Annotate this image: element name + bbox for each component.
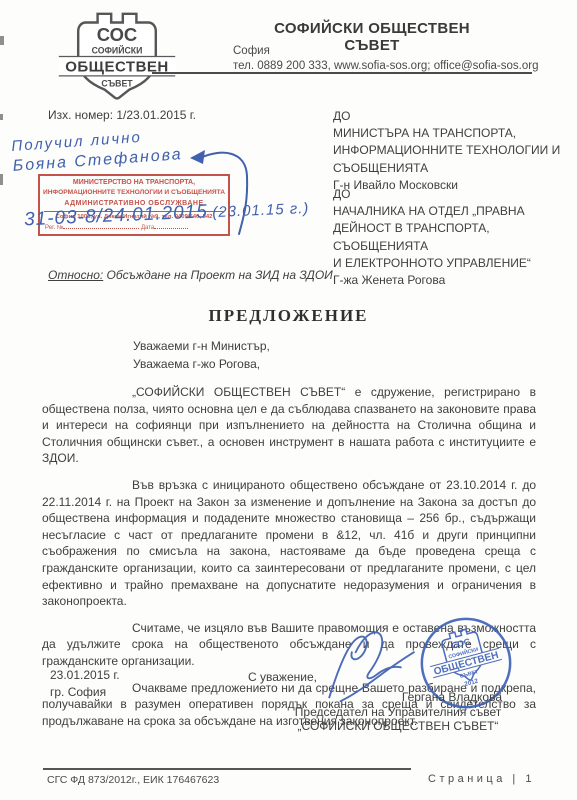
stamp-line: ИНФОРМАЦИОННИТЕ ТЕХНОЛОГИИ И СЪОБЩЕНИЯТА	[42, 189, 226, 196]
logo-top-text: СОФИЙСКИ	[92, 45, 143, 56]
org-city: София	[233, 44, 538, 59]
header-divider	[152, 72, 532, 74]
salutation-line: Уважаема г-жо Рогова,	[133, 356, 536, 374]
recipient-to: ДО	[333, 186, 577, 203]
signer-title: Председател на Управителния съвет	[288, 705, 508, 720]
document-page: СОС СОФИЙСКИ ОБЩЕСТВЕН СЪВЕТ СОФИЙСКИ ОБ…	[0, 0, 577, 800]
recipient-department-head: ДО НАЧАЛНИКА НА ОТДЕЛ „ПРАВНА ДЕЙНОСТ В …	[333, 186, 577, 289]
reg-date-value: (23.01.15 г.)	[212, 200, 310, 221]
recipient-person: Г-жа Женета Рогова	[333, 272, 577, 289]
signer-name: Гергана Владкова	[288, 690, 508, 705]
logo-bottom-text: СЪВЕТ	[101, 79, 133, 89]
round-stamp-year: 2012	[464, 678, 480, 688]
signer-block: Гергана Владкова Председател на Управите…	[288, 690, 508, 734]
closing-date-place: 23.01.2015 г. гр. София	[50, 667, 120, 701]
paragraph: „СОФИЙСКИ ОБЩЕСТВЕН СЪВЕТ“ е сдружение, …	[42, 384, 536, 467]
recipient-line: СЪОБЩЕНИЯТА	[333, 160, 560, 177]
scan-artifact	[0, 174, 3, 185]
footer-page-number: Страница | 1	[428, 773, 535, 785]
logo-monogram: СОС	[97, 24, 137, 45]
recipient-line: МИНИСТЪРА НА ТРАНСПОРТА,	[333, 125, 560, 142]
subject-text: Обсъждане на Проект на ЗИД на ЗДОИ	[103, 268, 333, 282]
paragraph: Във връзка с иницираното обществено обсъ…	[42, 477, 536, 610]
recipient-minister: ДО МИНИСТЪРА НА ТРАНСПОРТА, ИНФОРМАЦИОНН…	[333, 108, 560, 194]
scan-artifact	[0, 114, 3, 120]
org-logo-badge-icon: СОС СОФИЙСКИ ОБЩЕСТВЕН СЪВЕТ	[56, 7, 178, 104]
scan-artifact	[0, 36, 4, 45]
signer-organization: „СОФИЙСКИ ОБЩЕСТВЕН СЪВЕТ“	[288, 719, 508, 734]
footer-divider	[43, 768, 411, 770]
stamp-line: МИНИСТЕРСТВО НА ТРАНСПОРТА,	[42, 179, 226, 186]
footer-registration: СГС ФД 873/2012г., ЕИК 176467623	[47, 774, 219, 786]
recipient-line: ДЕЙНОСТ В ТРАНСПОРТА, СЪОБЩЕНИЯТА	[333, 220, 577, 254]
recipient-line: ИНФОРМАЦИОННИТЕ ТЕХНОЛОГИИ И	[333, 142, 560, 159]
outgoing-number: Изх. номер: 1/23.01.2015 г.	[48, 108, 196, 122]
closing-regards: С уважение,	[248, 670, 317, 684]
salutation-line: Уважаеми г-н Министър,	[133, 338, 536, 356]
org-contact-block: София тел. 0889 200 333, www.sofia-sos.o…	[233, 44, 538, 73]
handwritten-note: Получил лично Бояна Стефанова	[11, 125, 184, 177]
salutation: Уважаеми г-н Министър, Уважаема г-жо Рог…	[42, 338, 536, 373]
recipient-to: ДО	[333, 108, 560, 125]
org-contact: тел. 0889 200 333, www.sofia-sos.org; of…	[233, 59, 538, 74]
subject-label: Относно:	[48, 268, 103, 282]
closing-date: 23.01.2015 г.	[50, 667, 120, 684]
subject-line: Относно: Обсъждане на Проект на ЗИД на З…	[48, 268, 333, 282]
document-title: ПРЕДЛОЖЕНИЕ	[0, 306, 577, 326]
closing-city: гр. София	[50, 684, 120, 701]
recipient-line: НАЧАЛНИКА НА ОТДЕЛ „ПРАВНА	[333, 203, 577, 220]
recipient-line: И ЕЛЕКТРОННОТО УПРАВЛЕНИЕ“	[333, 255, 577, 272]
